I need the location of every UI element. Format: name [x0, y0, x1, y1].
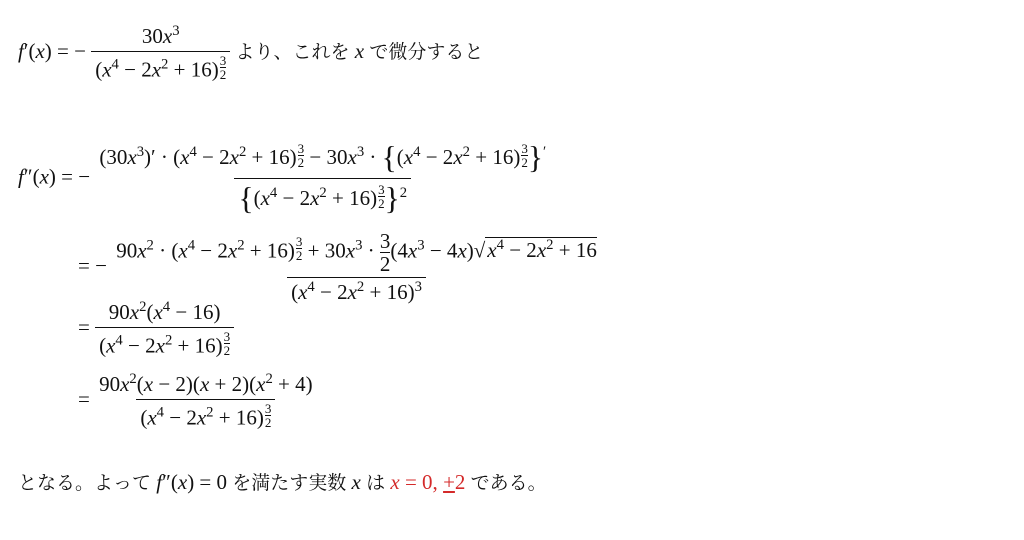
f-prime-fraction: 30x3 (x4 − 2x2 + 16)32 — [91, 24, 230, 83]
step-simplified-lhs: = — [78, 315, 90, 339]
step-factored-fraction: 90x2(x − 2)(x + 2)(x2 + 4) (x4 − 2x2 + 1… — [95, 372, 317, 431]
quotient-rule-denominator: {(x4 − 2x2 + 16)32}2 — [234, 178, 411, 217]
step-expanded-lhs: = − — [78, 253, 107, 277]
equation-f-prime: f′(x) = − 30x3 (x4 − 2x2 + 16)32 より、これを … — [18, 24, 483, 83]
equation-step-expanded: = − 90x2 · (x4 − 2x2 + 16)32 + 30x3 · 32… — [78, 230, 601, 305]
step-factored-numerator: 90x2(x − 2)(x + 2)(x2 + 4) — [95, 372, 317, 399]
step-simplified-denominator: (x4 − 2x2 + 16)32 — [95, 327, 234, 359]
equation-step-simplified: = 90x2(x4 − 16) (x4 − 2x2 + 16)32 — [78, 300, 234, 359]
f-prime-numerator: 30x3 — [138, 24, 184, 51]
step-expanded-fraction: 90x2 · (x4 − 2x2 + 16)32 + 30x3 · 32(4x3… — [112, 230, 601, 305]
step-simplified-numerator: 90x2(x4 − 16) — [105, 300, 225, 327]
intro-var: x — [355, 39, 364, 63]
conclusion-text-b: を満たす実数 — [232, 472, 346, 494]
f-double-prime-lhs: f″(x) = − — [18, 164, 90, 188]
quotient-rule-numerator: (30x3)′ · (x4 − 2x2 + 16)32 − 30x3 · {(x… — [95, 140, 550, 178]
equation-step-factored: = 90x2(x − 2)(x + 2)(x2 + 4) (x4 − 2x2 +… — [78, 372, 317, 431]
conclusion-sentence: となる。よって f″(x) = 0 を満たす実数 x は x = 0, +2 で… — [18, 468, 547, 495]
step-expanded-numerator: 90x2 · (x4 − 2x2 + 16)32 + 30x3 · 32(4x3… — [112, 230, 601, 277]
step-expanded-denominator: (x4 − 2x2 + 16)3 — [287, 277, 426, 305]
f-prime-lhs: f′(x) = − — [18, 39, 86, 63]
step-factored-lhs: = — [78, 387, 90, 411]
conclusion-text-a: となる。よって — [18, 472, 151, 494]
conclusion-text-c: は — [366, 472, 385, 494]
conclusion-condition: f″(x) = 0 — [156, 470, 227, 494]
step-factored-denominator: (x4 − 2x2 + 16)32 — [136, 399, 275, 431]
conclusion-text-d: である。 — [471, 472, 547, 494]
conclusion-var: x — [352, 470, 361, 494]
quotient-rule-fraction: (30x3)′ · (x4 − 2x2 + 16)32 − 30x3 · {(x… — [95, 140, 550, 217]
equation-f-double-prime: f″(x) = − (30x3)′ · (x4 − 2x2 + 16)32 − … — [18, 140, 550, 217]
step-simplified-fraction: 90x2(x4 − 16) (x4 − 2x2 + 16)32 — [95, 300, 234, 359]
f-prime-denominator: (x4 − 2x2 + 16)32 — [91, 51, 230, 83]
intro-text-b: で微分すると — [369, 41, 483, 63]
conclusion-answer: x = 0, +2 — [390, 470, 465, 494]
intro-text-a: より、これを — [236, 41, 350, 63]
